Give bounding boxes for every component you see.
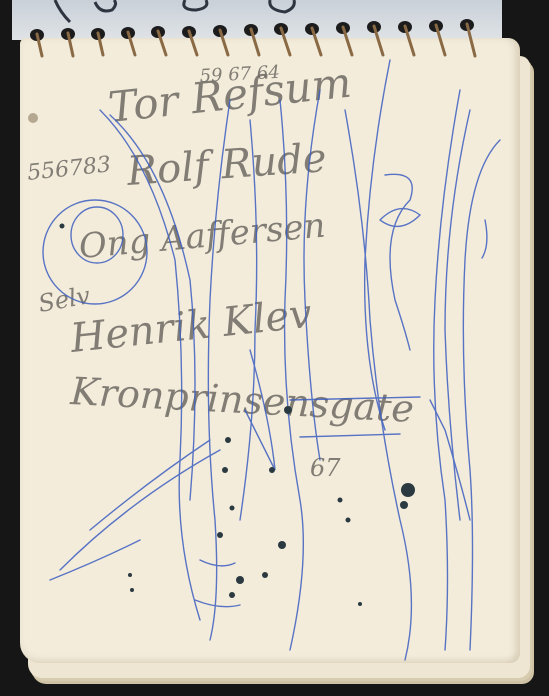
address-kronprinsensgate: Kronprinsensgate	[69, 369, 416, 431]
pencil-handwriting: 59 67 64 Tor Refsum 556783 Rolf Rude Ong…	[26, 58, 415, 482]
prefix-selv: Selv	[36, 281, 92, 318]
previous-page-marks	[55, 0, 294, 22]
name-rolf-rude: Rolf Rude	[124, 135, 327, 195]
spiral-binding	[30, 19, 475, 56]
notebook-photo: 59 67 64 Tor Refsum 556783 Rolf Rude Ong…	[0, 0, 549, 696]
page-drawing: 59 67 64 Tor Refsum 556783 Rolf Rude Ong…	[0, 0, 549, 696]
name-henrik-klev: Henrik Klev	[67, 291, 314, 362]
phone-number-left: 556783	[26, 152, 112, 186]
house-number: 67	[310, 454, 341, 482]
